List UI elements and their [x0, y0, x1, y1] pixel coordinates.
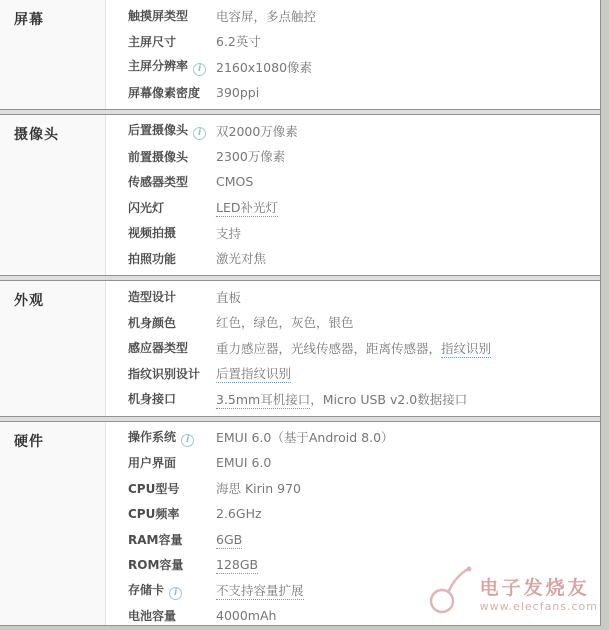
info-icon[interactable]: i: [181, 434, 194, 447]
spec-label-text: 传感器类型: [128, 175, 188, 189]
spec-value-text: 直板: [216, 290, 241, 305]
spec-value-text: 4000mAh: [216, 608, 276, 623]
spec-label: 闪光灯: [106, 199, 216, 216]
spec-label: 主屏分辨率i: [106, 57, 216, 76]
spec-value: 2160x1080像素: [216, 58, 312, 76]
spec-value-text: 2160x1080像素: [216, 60, 312, 75]
spec-section: 外观 造型设计 直板 机身颜色 红色，绿色，灰色，银色 感应器类型 重力感应器，…: [0, 281, 600, 416]
spec-value-text: 6.2英寸: [216, 34, 261, 49]
spec-value: 4000mAh: [216, 608, 276, 623]
spec-value: 6GB: [216, 532, 242, 547]
info-icon[interactable]: i: [169, 587, 182, 600]
spec-value: 红色，绿色，灰色，银色: [216, 313, 354, 331]
tooltip-term-link[interactable]: 6GB: [216, 532, 242, 549]
table-row: 后置摄像头i 双2000万像素: [106, 118, 600, 144]
info-icon[interactable]: i: [193, 63, 206, 76]
spec-value-text: 海思 Kirin 970: [216, 481, 301, 496]
spec-value-text: ，Micro USB v2.0数据接口: [310, 392, 467, 407]
table-row: 用户界面 EMUI 6.0: [106, 450, 600, 476]
spec-section: 屏幕 触摸屏类型 电容屏，多点触控 主屏尺寸 6.2英寸 主屏分辨率i 2160…: [0, 0, 600, 109]
info-icon[interactable]: i: [193, 127, 206, 140]
spec-label: 操作系统i: [106, 428, 216, 447]
spec-label-text: 触摸屏类型: [128, 9, 188, 23]
table-row: CPU频率 2.6GHz: [106, 501, 600, 527]
table-row: 操作系统i EMUI 6.0（基于Android 8.0）: [106, 425, 600, 451]
spec-label-text: 用户界面: [128, 456, 176, 470]
spec-value-text: 支持: [216, 226, 241, 241]
section-rows: 造型设计 直板 机身颜色 红色，绿色，灰色，银色 感应器类型 重力感应器，光线传…: [106, 281, 600, 416]
spec-value-text: 红色，绿色，灰色，银色: [216, 315, 354, 330]
section-title-column: 摄像头: [0, 115, 106, 275]
table-row: 视频拍摄 支持: [106, 220, 600, 246]
spec-value: EMUI 6.0: [216, 455, 271, 470]
section-title-column: 外观: [0, 281, 106, 416]
spec-label: CPU型号: [106, 480, 216, 497]
spec-label: 机身颜色: [106, 314, 216, 331]
spec-label-text: 主屏分辨率: [128, 59, 188, 73]
spec-value: 2300万像素: [216, 147, 285, 165]
spec-value-text: 2300万像素: [216, 149, 285, 164]
spec-label-text: 前置摄像头: [128, 150, 188, 164]
spec-label-text: 闪光灯: [128, 201, 164, 215]
spec-label: 前置摄像头: [106, 148, 216, 165]
spec-value: 海思 Kirin 970: [216, 479, 301, 497]
table-row: ROM容量 128GB: [106, 552, 600, 578]
spec-label-text: 电池容量: [128, 609, 176, 623]
spec-value: 3.5mm耳机接口，Micro USB v2.0数据接口: [216, 390, 467, 408]
spec-value-text: 电容屏，多点触控: [216, 9, 316, 24]
spec-value-text: 2.6GHz: [216, 506, 262, 521]
spec-value-text: 双2000万像素: [216, 124, 298, 139]
spec-value: LED补光灯: [216, 198, 278, 216]
spec-label: ROM容量: [106, 556, 216, 573]
spec-label-text: 存储卡: [128, 583, 164, 597]
spec-label-text: 造型设计: [128, 290, 176, 304]
spec-label-text: 操作系统: [128, 430, 176, 444]
table-row: 前置摄像头 2300万像素: [106, 144, 600, 170]
tooltip-term-link[interactable]: LED补光灯: [216, 200, 278, 217]
tooltip-term-link[interactable]: 不支持容量扩展: [216, 583, 304, 600]
spec-value: 128GB: [216, 557, 258, 572]
section-title-3: 硬件: [14, 431, 105, 451]
spec-label: RAM容量: [106, 531, 216, 548]
table-row: 主屏尺寸 6.2英寸: [106, 29, 600, 55]
table-row: 机身接口 3.5mm耳机接口，Micro USB v2.0数据接口: [106, 386, 600, 412]
spec-section: 摄像头 后置摄像头i 双2000万像素 前置摄像头 2300万像素 传感器类型 …: [0, 115, 600, 275]
spec-value-text: 重力感应器，光线传感器，距离传感器，: [216, 341, 441, 356]
table-row: 拍照功能 激光对焦: [106, 246, 600, 272]
spec-value-text: EMUI 6.0（基于Android 8.0）: [216, 430, 394, 445]
spec-value: 6.2英寸: [216, 32, 261, 50]
spec-label-text: CPU频率: [128, 507, 179, 521]
table-row: 触摸屏类型 电容屏，多点触控: [106, 3, 600, 29]
spec-label: 屏幕像素密度: [106, 84, 216, 101]
section-rows: 操作系统i EMUI 6.0（基于Android 8.0） 用户界面 EMUI …: [106, 422, 600, 627]
spec-label: 后置摄像头i: [106, 121, 216, 140]
spec-label-text: RAM容量: [128, 533, 182, 547]
tooltip-term-link[interactable]: 后置指纹识别: [216, 366, 291, 383]
table-row: 电池容量 4000mAh: [106, 603, 600, 626]
spec-value: 重力感应器，光线传感器，距离传感器，指纹识别: [216, 339, 491, 357]
spec-value: 直板: [216, 288, 241, 306]
spec-value: 后置指纹识别: [216, 364, 291, 382]
spec-label: CPU频率: [106, 505, 216, 522]
table-row: 存储卡i 不支持容量扩展: [106, 578, 600, 604]
spec-label: 机身接口: [106, 390, 216, 407]
table-row: 感应器类型 重力感应器，光线传感器，距离传感器，指纹识别: [106, 335, 600, 361]
spec-value: 2.6GHz: [216, 506, 262, 521]
spec-value: 390ppi: [216, 85, 259, 100]
section-title-1: 摄像头: [14, 124, 105, 144]
spec-label-text: 后置摄像头: [128, 123, 188, 137]
table-row: 主屏分辨率i 2160x1080像素: [106, 54, 600, 80]
spec-label-text: 主屏尺寸: [128, 35, 176, 49]
spec-value: 激光对焦: [216, 249, 266, 267]
spec-label-text: 拍照功能: [128, 252, 176, 266]
tooltip-term-link[interactable]: 3.5mm耳机接口: [216, 392, 310, 409]
spec-label: 指纹识别设计: [106, 365, 216, 382]
spec-label: 用户界面: [106, 454, 216, 471]
section-title-column: 硬件: [0, 422, 106, 627]
spec-label: 视频拍摄: [106, 224, 216, 241]
table-row: 机身颜色 红色，绿色，灰色，银色: [106, 310, 600, 336]
table-row: RAM容量 6GB: [106, 527, 600, 553]
spec-label-text: 机身颜色: [128, 316, 176, 330]
spec-value: EMUI 6.0（基于Android 8.0）: [216, 428, 394, 446]
tooltip-term-link[interactable]: 指纹识别: [441, 341, 491, 358]
section-rows: 触摸屏类型 电容屏，多点触控 主屏尺寸 6.2英寸 主屏分辨率i 2160x10…: [106, 0, 600, 109]
table-row: CPU型号 海思 Kirin 970: [106, 476, 600, 502]
spec-label-text: ROM容量: [128, 558, 183, 572]
spec-label: 存储卡i: [106, 581, 216, 600]
spec-value-text: 390ppi: [216, 85, 259, 100]
spec-label: 拍照功能: [106, 250, 216, 267]
spec-label: 传感器类型: [106, 173, 216, 190]
section-title-column: 屏幕: [0, 0, 106, 109]
spec-table: 屏幕 触摸屏类型 电容屏，多点触控 主屏尺寸 6.2英寸 主屏分辨率i 2160…: [0, 0, 600, 626]
spec-label-text: 机身接口: [128, 392, 176, 406]
spec-label-text: 视频拍摄: [128, 226, 176, 240]
spec-section: 硬件 操作系统i EMUI 6.0（基于Android 8.0） 用户界面 EM…: [0, 422, 600, 627]
spec-value: 不支持容量扩展: [216, 581, 304, 599]
spec-value: 双2000万像素: [216, 122, 298, 140]
spec-label: 主屏尺寸: [106, 33, 216, 50]
section-title-2: 外观: [14, 290, 105, 310]
table-row: 指纹识别设计 后置指纹识别: [106, 361, 600, 387]
spec-label: 触摸屏类型: [106, 7, 216, 24]
table-row: 闪光灯 LED补光灯: [106, 195, 600, 221]
section-title-0: 屏幕: [14, 9, 105, 29]
spec-value: 电容屏，多点触控: [216, 7, 316, 25]
tooltip-term-link[interactable]: 128GB: [216, 557, 258, 574]
table-row: 传感器类型 CMOS: [106, 169, 600, 195]
spec-label-text: 屏幕像素密度: [128, 86, 200, 100]
spec-value-text: CMOS: [216, 174, 253, 189]
spec-value-text: 激光对焦: [216, 251, 266, 266]
spec-label: 造型设计: [106, 288, 216, 305]
spec-label-text: CPU型号: [128, 482, 179, 496]
spec-label-text: 指纹识别设计: [128, 367, 200, 381]
spec-label: 电池容量: [106, 607, 216, 624]
table-row: 造型设计 直板: [106, 284, 600, 310]
table-row: 屏幕像素密度 390ppi: [106, 80, 600, 106]
spec-label: 感应器类型: [106, 339, 216, 356]
spec-page: 屏幕 触摸屏类型 电容屏，多点触控 主屏尺寸 6.2英寸 主屏分辨率i 2160…: [0, 0, 601, 626]
spec-value: 支持: [216, 224, 241, 242]
spec-label-text: 感应器类型: [128, 341, 188, 355]
spec-value-text: EMUI 6.0: [216, 455, 271, 470]
spec-value: CMOS: [216, 174, 253, 189]
section-rows: 后置摄像头i 双2000万像素 前置摄像头 2300万像素 传感器类型 CMOS…: [106, 115, 600, 275]
